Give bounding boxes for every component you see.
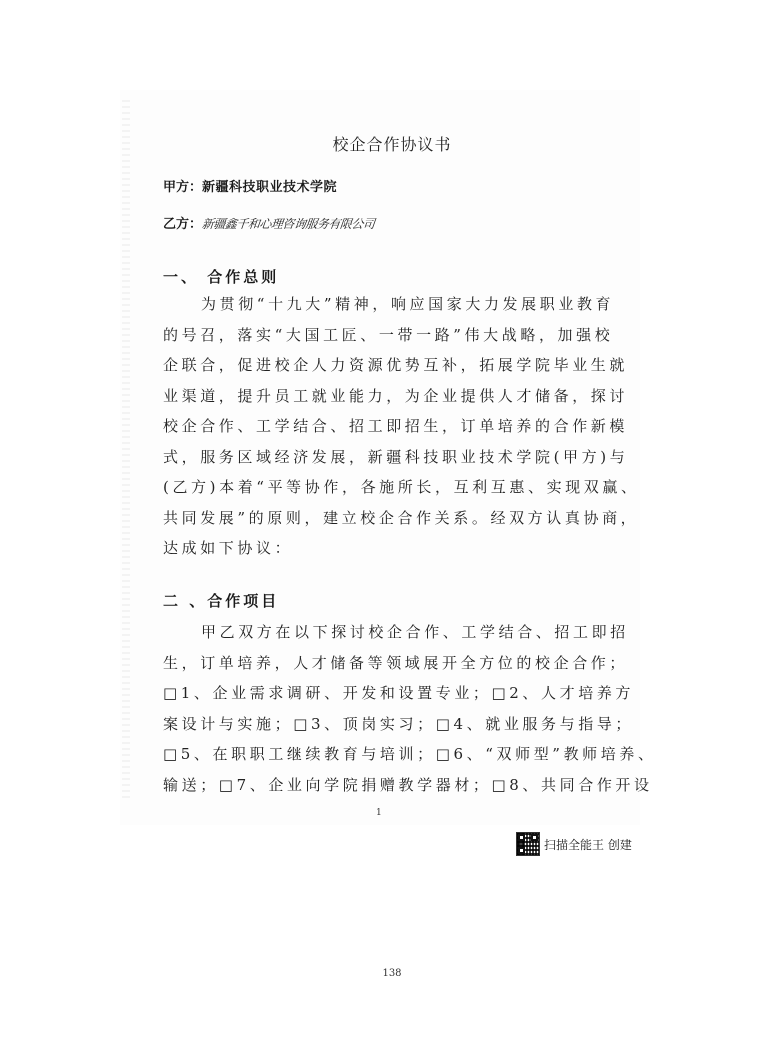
scan-edge-noise (122, 100, 130, 800)
paragraph-line: 案设计与实施；□3、顶岗实习；□4、就业服务与指导； (163, 709, 613, 740)
footer-page-number: 138 (0, 968, 784, 979)
scanner-watermark: 扫描全能王 创建 (516, 832, 632, 856)
paragraph-line: 生，订单培养，人才储备等领域展开全方位的校企合作； (163, 648, 613, 679)
party-a-name: 新疆科技职业技术学院 (202, 180, 337, 195)
paragraph-line: 达成如下协议： (163, 533, 613, 564)
paragraph-line: 共同发展”的原则，建立校企合作关系。经双方认真协商， (163, 503, 613, 534)
paragraph-line: □1、企业需求调研、开发和设置专业；□2、人才培养方 (163, 678, 613, 709)
section-body-cooperation-items: 甲乙双方在以下探讨校企合作、工学结合、招工即招 生，订单培养，人才储备等领域展开… (163, 617, 613, 800)
party-a: 甲方：新疆科技职业技术学院 (163, 176, 337, 195)
section-heading-cooperation-items: 二 、合作项目 (163, 590, 279, 611)
qr-code-icon (516, 832, 540, 856)
paragraph-line: 为贯彻“十九大”精神，响应国家大力发展职业教育 (163, 289, 613, 320)
party-a-label: 甲方： (163, 180, 202, 195)
paragraph-line: 输送；□7、企业向学院捐赠教学器材；□8、共同合作开设 (163, 770, 613, 801)
paragraph-line: 的号召，落实“大国工匠、一带一路”伟大战略，加强校 (163, 320, 613, 351)
paragraph-line: 校企合作、工学结合、招工即招生，订单培养的合作新模 (163, 411, 613, 442)
paragraph-line: 式，服务区域经济发展，新疆科技职业技术学院(甲方)与 (163, 442, 613, 473)
inner-page-number: 1 (376, 808, 382, 818)
paragraph-line: □5、在职职工继续教育与培训；□6、“双师型”教师培养、 (163, 739, 613, 770)
paragraph-line: (乙方)本着“平等协作，各施所长，互利互惠、实现双赢、 (163, 472, 613, 503)
party-b-name-handwritten: 新疆鑫千和心理咨询服务有限公司 (201, 215, 375, 232)
party-b-label: 乙方： (163, 217, 202, 232)
section-heading-general-principles: 一、 合作总则 (163, 266, 279, 287)
section-body-general-principles: 为贯彻“十九大”精神，响应国家大力发展职业教育 的号召，落实“大国工匠、一带一路… (163, 289, 613, 564)
paragraph-line: 甲乙双方在以下探讨校企合作、工学结合、招工即招 (163, 617, 613, 648)
document-title: 校企合作协议书 (0, 132, 784, 155)
paragraph-line: 业渠道，提升员工就业能力，为企业提供人才储备，探讨 (163, 381, 613, 412)
watermark-text: 扫描全能王 创建 (544, 836, 632, 853)
party-b: 乙方：新疆鑫千和心理咨询服务有限公司 (163, 213, 375, 232)
paragraph-line: 企联合，促进校企人力资源优势互补，拓展学院毕业生就 (163, 350, 613, 381)
